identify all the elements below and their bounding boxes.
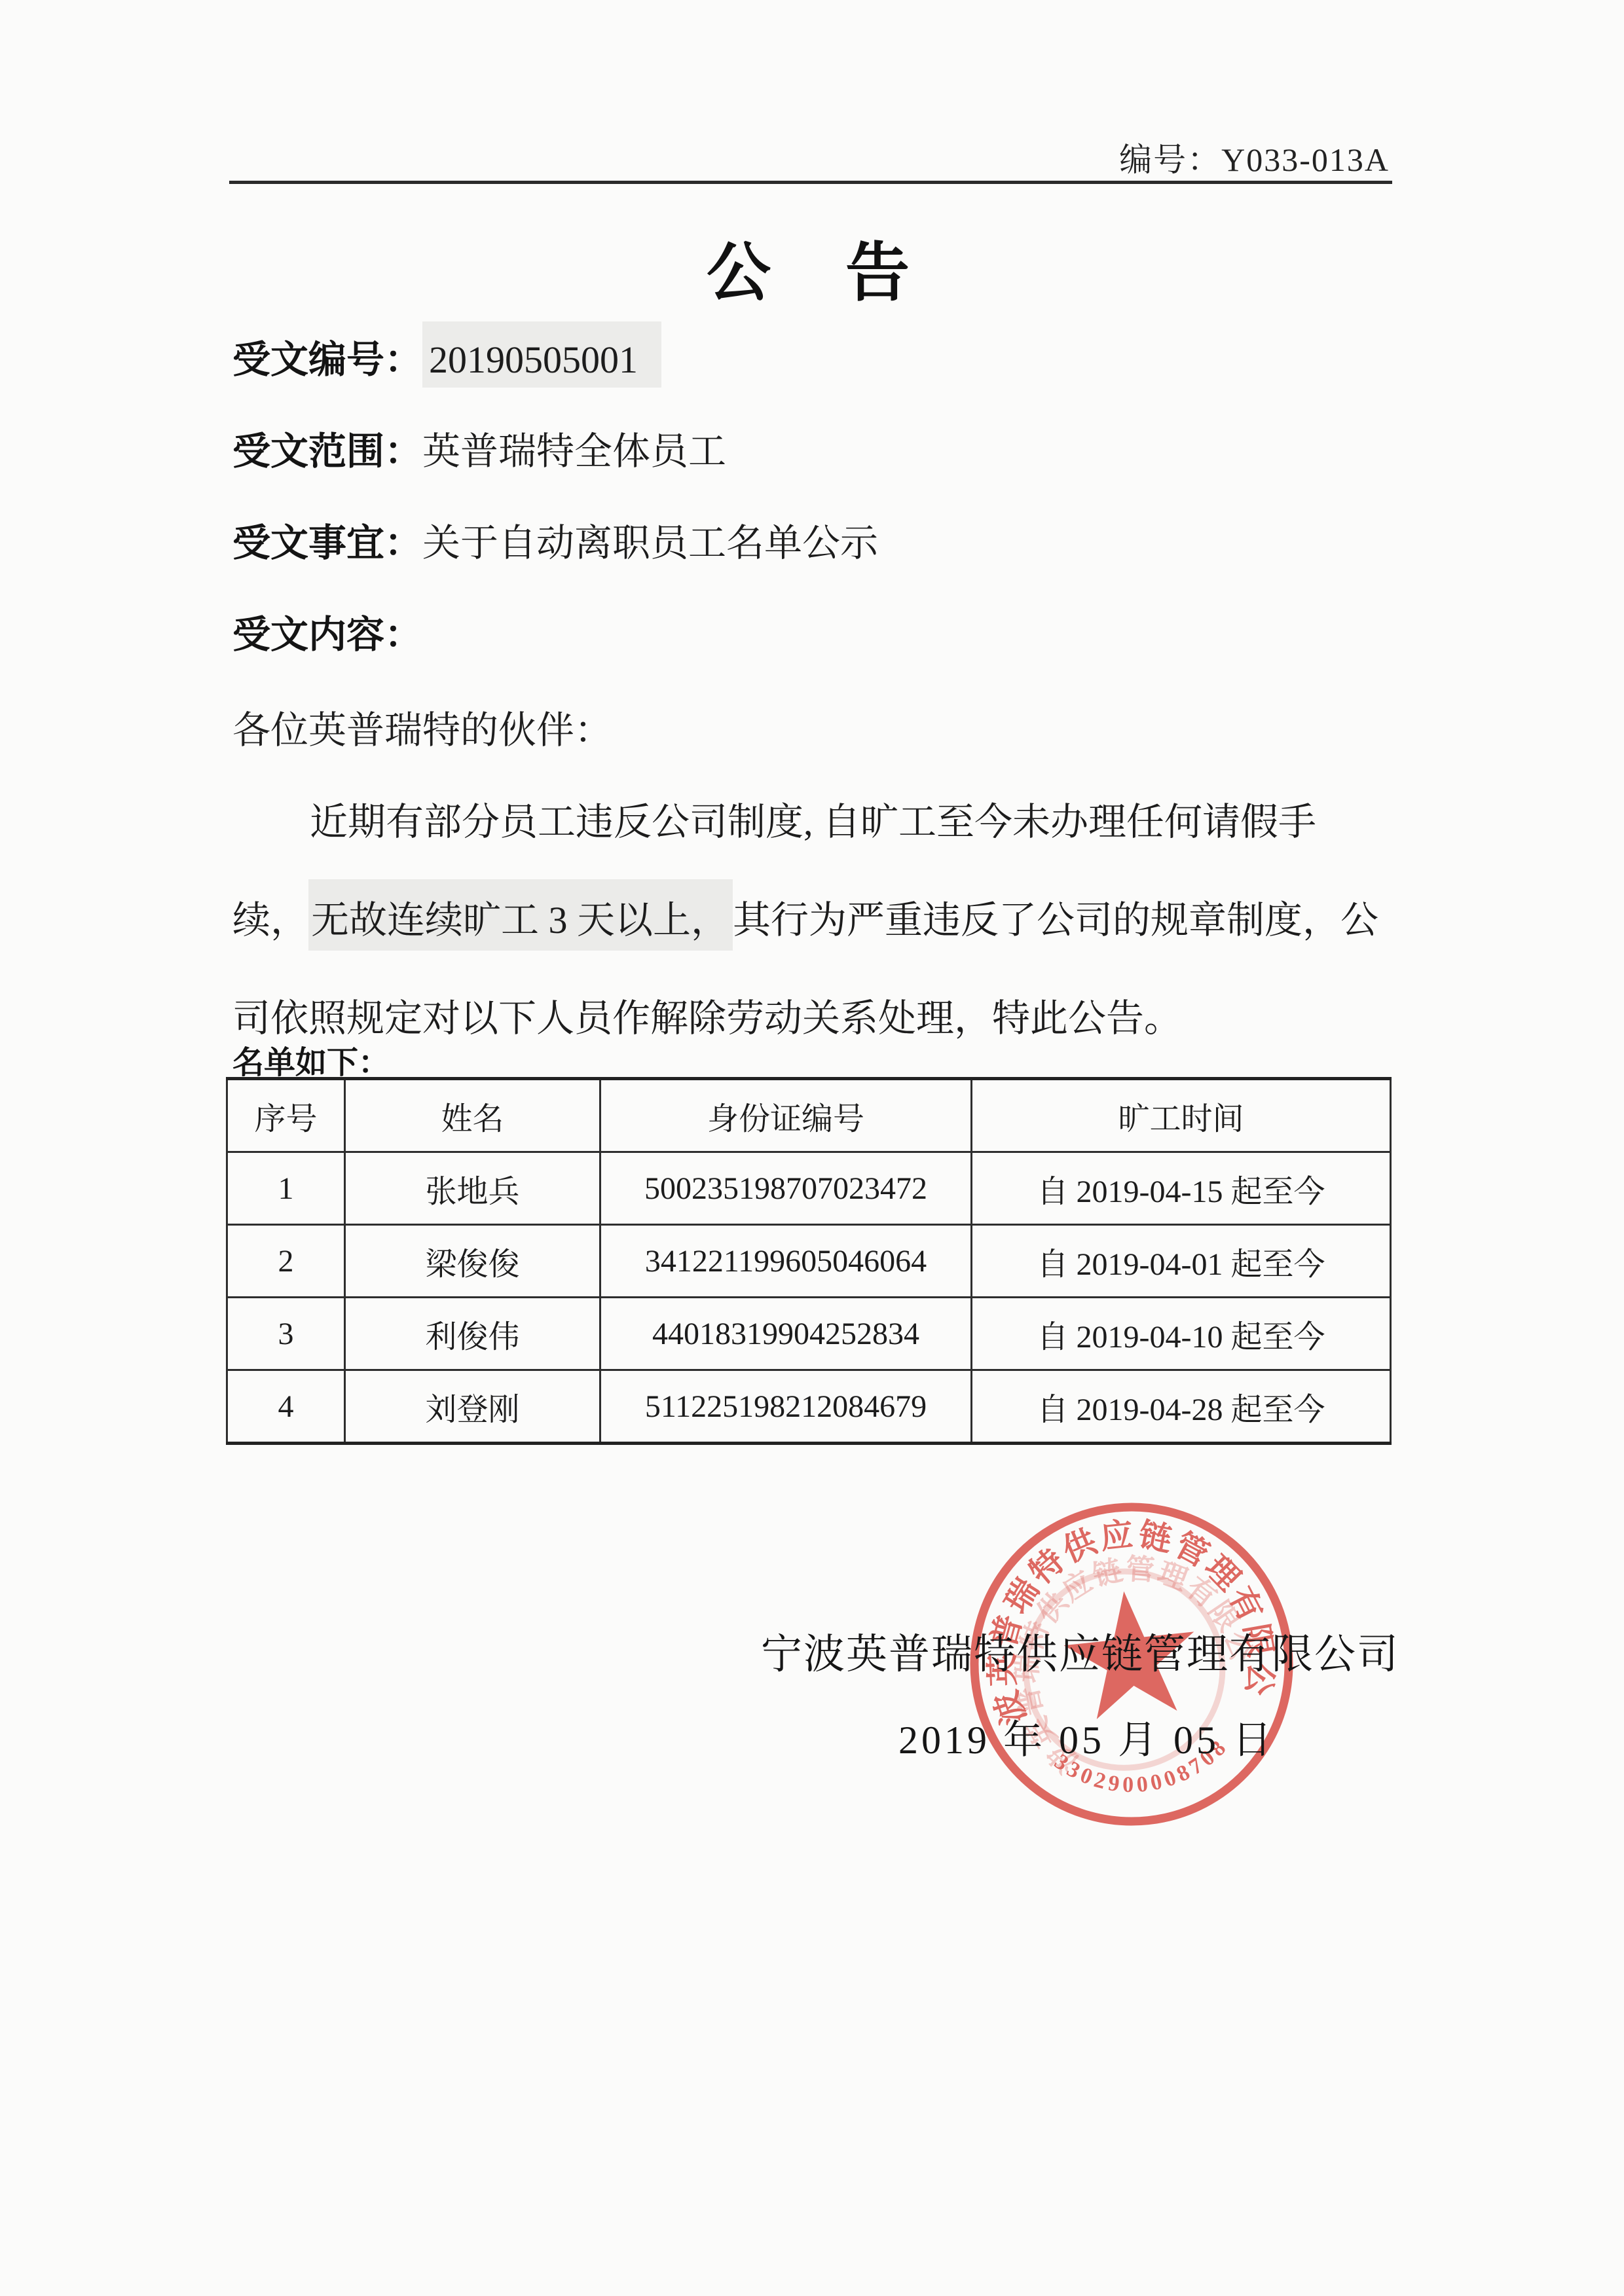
field-scope-label: 受文范围：: [232, 430, 422, 473]
field-doc-id: 受文编号：20190505001: [232, 329, 661, 384]
body-line-3: 司依照规定对以下人员作解除劳动关系处理，特此公告。: [232, 987, 1182, 1042]
table-row: 1 张地兵 500235198707023472 自 2019-04-15 起至…: [227, 1152, 1391, 1225]
field-doc-id-value: 20190505001: [422, 321, 661, 388]
dismissed-employees-table: 序号 姓名 身份证编号 旷工时间 1 张地兵 50023519870702347…: [226, 1077, 1392, 1445]
table-row: 3 利俊伟 44018319904252834 自 2019-04-10 起至今: [227, 1298, 1391, 1370]
table-header-row: 序号 姓名 身份证编号 旷工时间: [227, 1079, 1391, 1152]
cell-index: 1: [227, 1152, 345, 1225]
cell-absence-time: 自 2019-04-10 起至今: [972, 1298, 1391, 1370]
signature-company-name: 宁波英普瑞特供应链管理有限公司: [761, 1621, 1399, 1681]
cell-index: 2: [227, 1225, 345, 1298]
body-line-2-highlight: 无故连续旷工 3 天以上，: [308, 879, 733, 951]
cell-name: 梁俊俊: [345, 1225, 600, 1298]
cell-index: 4: [227, 1370, 345, 1444]
cell-absence-time: 自 2019-04-15 起至今: [972, 1152, 1391, 1225]
field-scope: 受文范围：英普瑞特全体员工: [232, 420, 726, 475]
scanned-announcement-document: { "header": { "doc_number": "编号：Y033-013…: [0, 0, 1624, 2296]
field-subject-label: 受文事宜：: [232, 522, 422, 564]
list-intro: 名单如下：: [232, 1037, 390, 1082]
body-line-2: 续，无故连续旷工 3 天以上，其行为严重违反了公司的规章制度，公: [232, 889, 1378, 944]
cell-id-number: 44018319904252834: [600, 1298, 972, 1370]
table-row: 4 刘登刚 511225198212084679 自 2019-04-28 起至…: [227, 1370, 1391, 1444]
header-rule: [229, 181, 1392, 184]
col-header-name: 姓名: [345, 1079, 600, 1152]
col-header-absence-time: 旷工时间: [972, 1079, 1391, 1152]
cell-id-number: 341221199605046064: [600, 1225, 972, 1298]
field-subject: 受文事宜：关于自动离职员工名单公示: [232, 512, 878, 567]
signature-date: 2019 年 05 月 05 日: [898, 1709, 1275, 1765]
table-row: 2 梁俊俊 341221199605046064 自 2019-04-01 起至…: [227, 1225, 1391, 1298]
body-line-1: 近期有部分员工违反公司制度, 自旷工至今未办理任何请假手: [310, 791, 1316, 846]
field-doc-id-label: 受文编号：: [232, 338, 422, 381]
cell-name: 利俊伟: [345, 1298, 600, 1370]
body-line-2-pre: 续，: [232, 899, 308, 941]
cell-id-number: 511225198212084679: [600, 1370, 972, 1444]
cell-absence-time: 自 2019-04-01 起至今: [972, 1225, 1391, 1298]
salutation: 各位英普瑞特的伙伴：: [232, 699, 612, 754]
field-content-label: 受文内容：: [232, 613, 422, 656]
cell-name: 刘登刚: [345, 1370, 600, 1444]
col-header-index: 序号: [227, 1079, 345, 1152]
page-title: 公 告: [229, 221, 1392, 314]
doc-number: 编号：Y033-013A: [1119, 134, 1390, 181]
field-content: 受文内容：: [232, 604, 422, 659]
body-line-2-post: 其行为严重违反了公司的规章制度，公: [733, 899, 1378, 941]
cell-absence-time: 自 2019-04-28 起至今: [972, 1370, 1391, 1444]
col-header-id-number: 身份证编号: [600, 1079, 972, 1152]
cell-id-number: 500235198707023472: [600, 1152, 972, 1225]
field-subject-value: 关于自动离职员工名单公示: [422, 522, 878, 564]
cell-name: 张地兵: [345, 1152, 600, 1225]
cell-index: 3: [227, 1298, 345, 1370]
field-scope-value: 英普瑞特全体员工: [422, 430, 726, 473]
